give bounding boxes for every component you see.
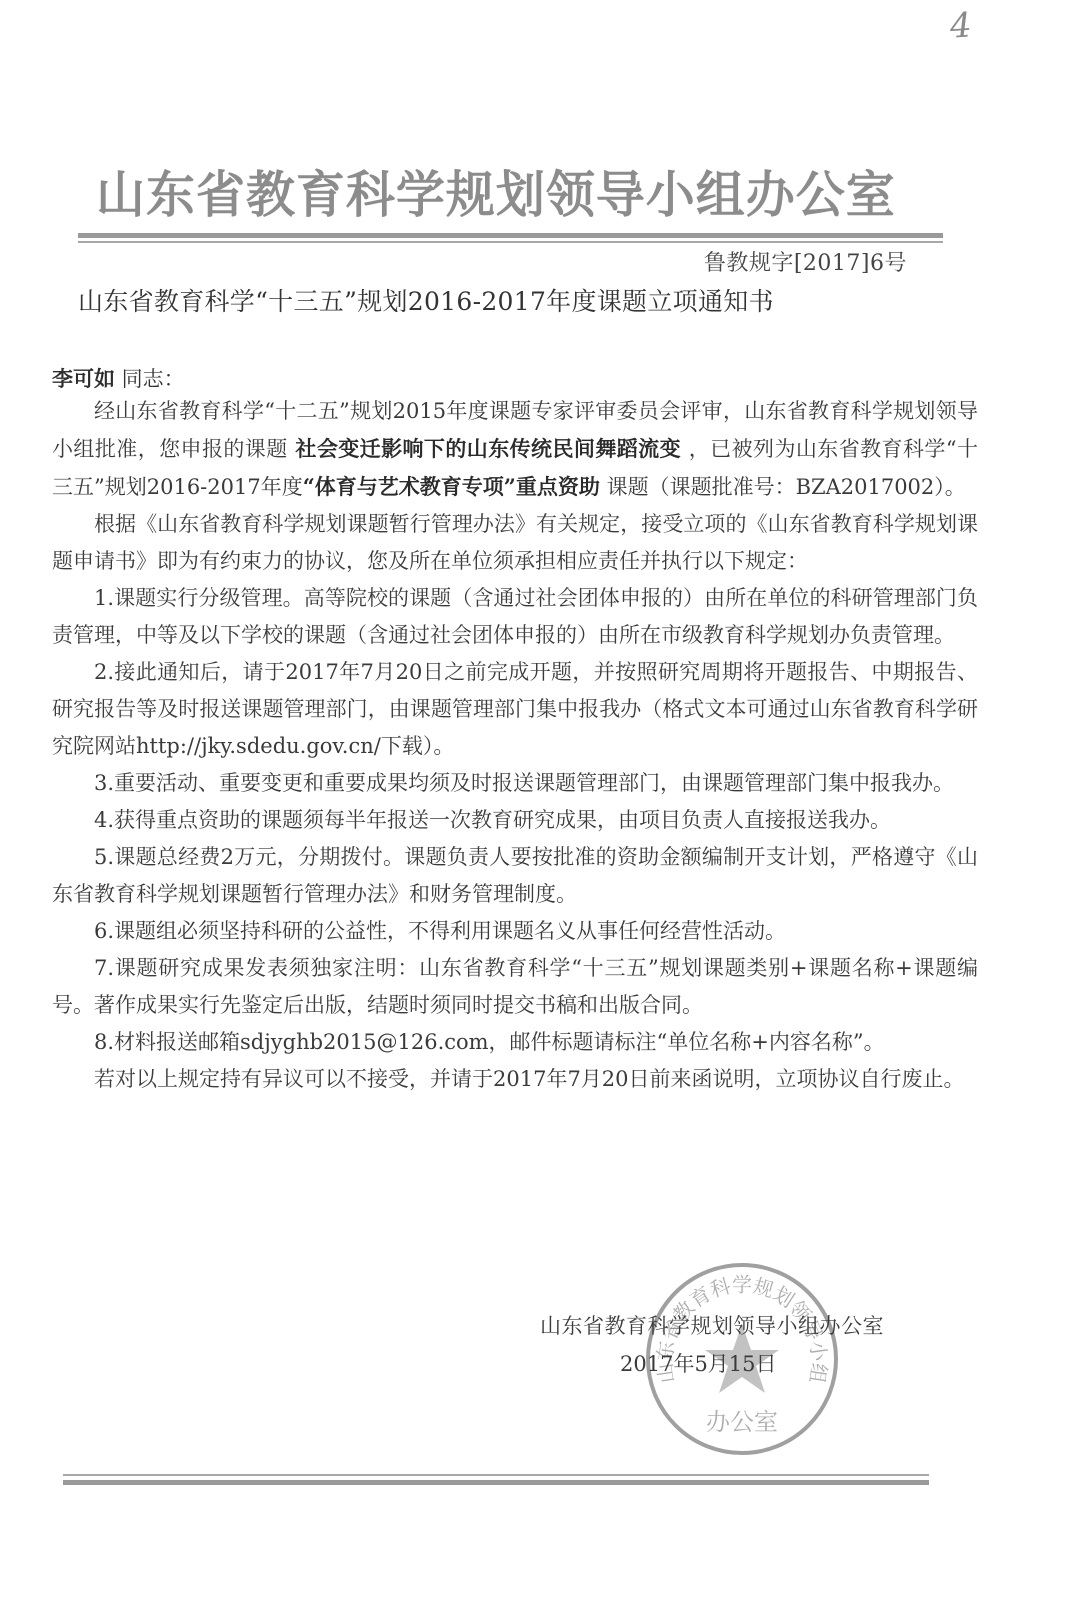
- document-number: 鲁教规字[2017]6号: [704, 246, 907, 277]
- rule-item: 7.课题研究成果发表须独家注明：山东省教育科学“十三五”规划课题类别+课题名称+…: [52, 950, 978, 1024]
- rule-item: 6.课题组必须坚持科研的公益性，不得利用课题名义从事任何经营性活动。: [52, 913, 978, 950]
- footer-rule-thin: [63, 1474, 929, 1476]
- page-number: 4: [949, 5, 973, 46]
- rule-item: 2.接此通知后，请于2017年7月20日之前完成开题，并按照研究周期将开题报告、…: [52, 654, 978, 765]
- rule-item: 1.课题实行分级管理。高等院校的课题（含通过社会团体申报的）由所在单位的科研管理…: [52, 580, 978, 654]
- signature-date: 2017年5月15日: [620, 1348, 777, 1378]
- project-category: “体育与艺术教育专项”重点资助: [303, 474, 600, 499]
- header-rule-thin: [78, 241, 943, 243]
- letterhead-title: 山东省教育科学规划领导小组办公室: [96, 155, 900, 227]
- letter-body: 经山东省教育科学“十二五”规划2015年度课题专家评审委员会评审，山东省教育科学…: [52, 393, 978, 1098]
- header-rule-thick: [78, 233, 943, 238]
- recipient-name: 李可如: [52, 366, 115, 391]
- rule-item: 5.课题总经费2万元，分期拨付。课题负责人要按批准的资助金额编制开支计划，严格遵…: [52, 839, 978, 913]
- salutation-suffix: 同志：: [115, 367, 185, 391]
- signature-organization: 山东省教育科学规划领导小组办公室: [540, 1310, 884, 1340]
- salutation: 李可如 同志：: [52, 363, 185, 393]
- rule-item: 4.获得重点资助的课题须每半年报送一次教育研究成果，由项目负责人直接报送我办。: [52, 802, 978, 839]
- rule-item: 8.材料报送邮箱sdjyghb2015@126.com，邮件标题请标注“单位名称…: [52, 1024, 978, 1061]
- intro-text-3: 课题（课题批准号：BZA2017002）。: [600, 475, 966, 499]
- document-title: 山东省教育科学“十三五”规划2016-2017年度课题立项通知书: [78, 282, 774, 318]
- project-topic: 社会变迁影响下的山东传统民间舞蹈流变: [288, 436, 689, 461]
- rule-item: 3.重要活动、重要变更和重要成果均须及时报送课题管理部门，由课题管理部门集中报我…: [52, 765, 978, 802]
- footer-rule-thick: [63, 1480, 929, 1485]
- closing-paragraph: 若对以上规定持有异议可以不接受，并请于2017年7月20日前来函说明，立项协议自…: [52, 1061, 978, 1098]
- basis-paragraph: 根据《山东省教育科学规划课题暂行管理办法》有关规定，接受立项的《山东省教育科学规…: [52, 506, 978, 580]
- intro-paragraph: 经山东省教育科学“十二五”规划2015年度课题专家评审委员会评审，山东省教育科学…: [52, 393, 978, 506]
- seal-bottom-text: 办公室: [706, 1408, 778, 1436]
